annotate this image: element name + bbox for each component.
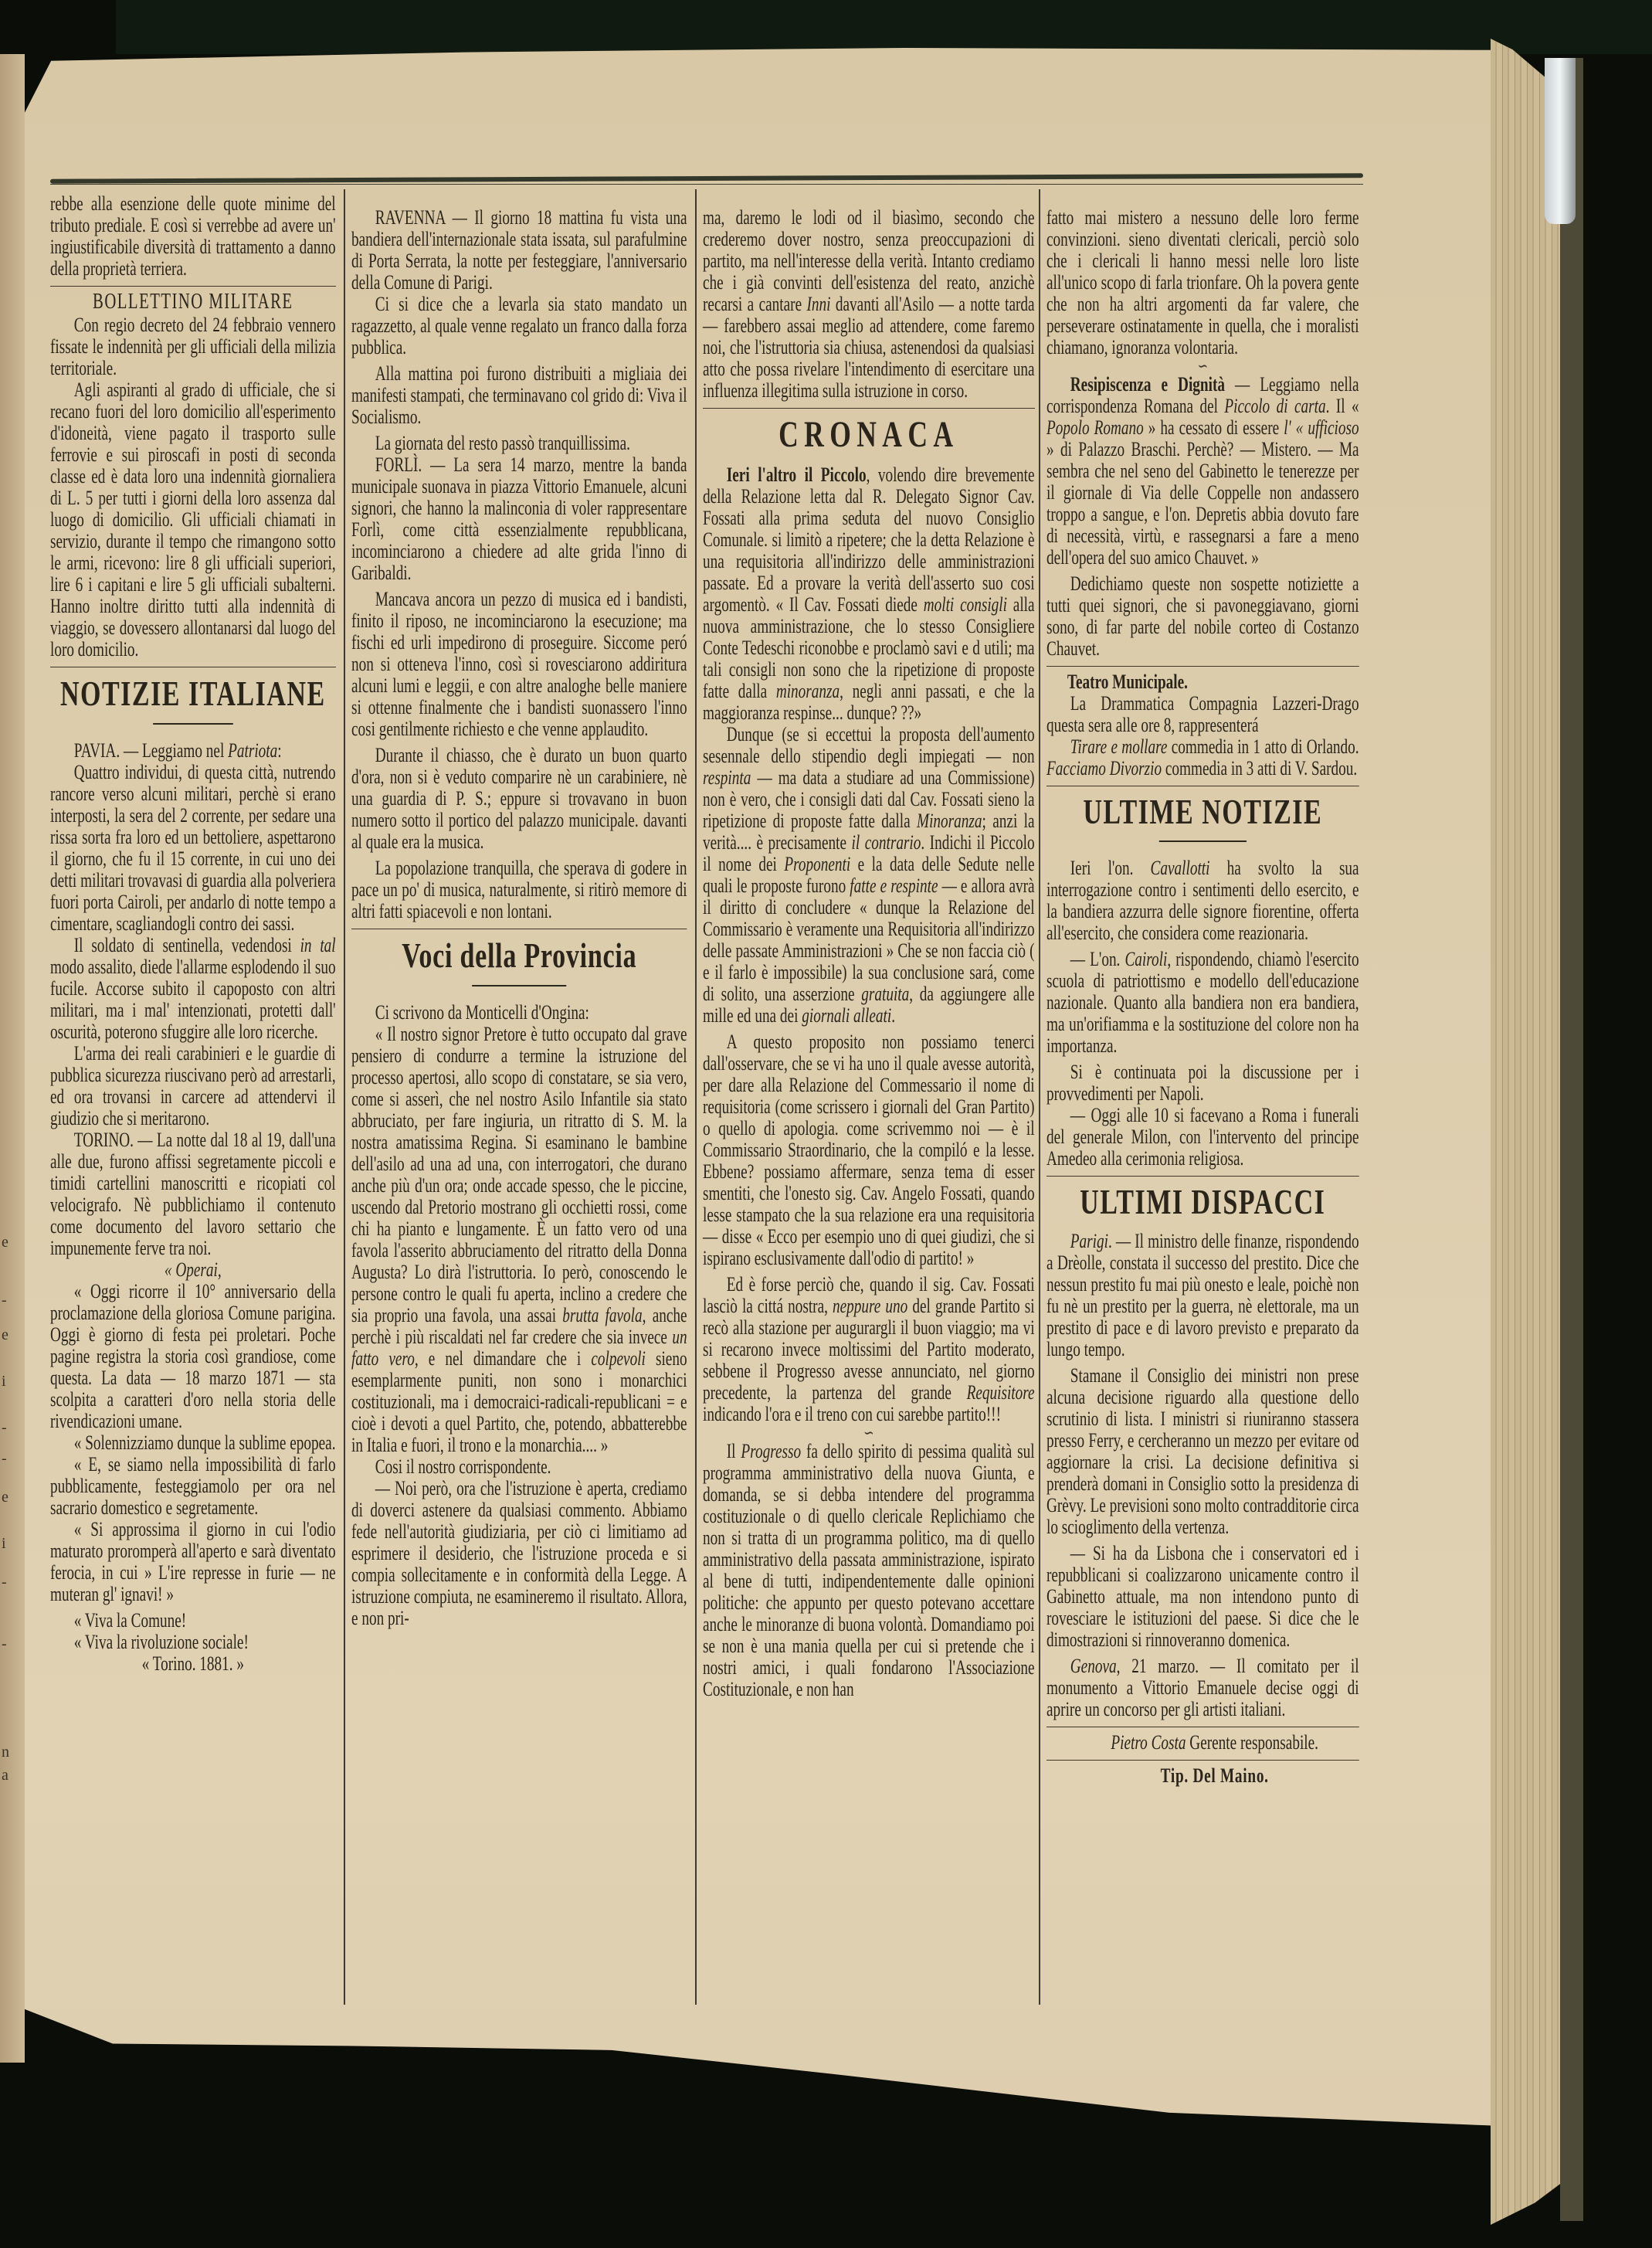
text: Dunque (se si eccettui la proposta dell'…: [703, 723, 1035, 767]
section-heading-ultimi-dispacci: ULTIMI DISPACCI: [1046, 1181, 1359, 1223]
section-heading-ultime-notizie: ULTIME NOTIZIE: [1046, 791, 1359, 833]
emphasis: respinta: [703, 766, 751, 789]
play-title: Tirare e mollare: [1070, 735, 1168, 758]
gerente-name: Pietro Costa: [1111, 1731, 1186, 1754]
paragraph: — Si ha da Lisbona che i conservatori ed…: [1046, 1543, 1359, 1651]
paragraph: La Drammatica Compagnia Lazzeri-Drago qu…: [1046, 693, 1359, 736]
quote-paragraph: « Si approssima il giorno in cui l'odio …: [50, 1519, 336, 1605]
paragraph-forli: FORLÌ. — La sera 14 marzo, mentre la ban…: [351, 454, 687, 584]
paragraph-lead: Resipiscenza e Dignità: [1070, 373, 1225, 396]
paragraph: Ed è forse perciò che, quando il sig. Ca…: [703, 1274, 1035, 1425]
text-fragment: e: [2, 1321, 8, 1350]
paragraph: Il soldato di sentinella, vedendosi in t…: [50, 935, 336, 1043]
section-rule: [1046, 1760, 1359, 1761]
emphasis: in tal: [300, 934, 336, 956]
emphasis: fatte e respinte: [850, 874, 938, 897]
text-fragment: -: [2, 1414, 7, 1442]
text-fragment: -: [2, 1568, 7, 1597]
paragraph: Il Progresso fa dello spirito di pessima…: [703, 1441, 1035, 1700]
emphasis: molti consigli: [924, 593, 1007, 616]
text: commedia in 1 atto di Orlando.: [1167, 735, 1359, 758]
play-title: Facciamo Divorzio: [1046, 757, 1162, 779]
emphasis: l' « ufficioso: [1284, 416, 1359, 439]
paragraph: — Oggi alle 10 si facevano a Roma i fune…: [1046, 1105, 1359, 1170]
text: commedia in 3 atti di V. Sardou.: [1162, 757, 1357, 779]
person-name: Cairoli: [1125, 948, 1167, 970]
emphasis: Requisitore: [967, 1381, 1035, 1404]
metal-page-clip: [1545, 58, 1576, 224]
paragraph-ravenna: RAVENNA — Il giorno 18 mattina fu vista …: [351, 207, 687, 294]
section-rule: [1046, 666, 1359, 667]
emphasis: gratuita: [861, 983, 909, 1005]
article-continuation: fatto mai mistero a nessuno delle loro f…: [1046, 207, 1359, 358]
text-fragment: e: [2, 1228, 8, 1257]
paragraph: Quattro individui, di questa città, nutr…: [50, 762, 336, 935]
text: , e nel dimandare che i: [415, 1347, 592, 1370]
person-name: Cavallotti: [1151, 857, 1210, 879]
column-4: fatto mai mistero a nessuno delle loro f…: [1046, 193, 1359, 1787]
article-continuation: ma, daremo le lodi od il biasìmo, second…: [703, 207, 1035, 402]
paragraph: Durante il chiasso, che è durato un buon…: [351, 745, 687, 853]
paragraph: Mancava ancora un pezzo di musica ed i b…: [351, 589, 687, 740]
text: Il soldato di sentinella, vedendosi: [74, 934, 300, 956]
heading-underline: [1159, 840, 1247, 842]
text: indicando l'ora e il treno con cui sareb…: [703, 1403, 1001, 1425]
paragraph: Parigi. — Il ministro delle finanze, ris…: [1046, 1231, 1359, 1360]
newspaper-name: Patriota: [228, 739, 277, 762]
paragraph: — Noi però, ora che l'istruzione è apert…: [351, 1478, 687, 1629]
emphasis: Popolo Romano: [1046, 416, 1144, 439]
dark-background: [116, 0, 1652, 54]
column-3: ma, daremo le lodi od il biasìmo, second…: [703, 193, 1035, 1700]
emphasis: Minoranza: [917, 810, 982, 832]
column-divider: [695, 189, 697, 2005]
text-fragment: i: [2, 1367, 6, 1396]
section-heading-cronaca: CRONACA: [703, 413, 1035, 457]
section-heading-notizie-italiane: NOTIZIE ITALIANE: [50, 672, 336, 715]
emphasis: Proponenti: [784, 853, 850, 875]
emphasis: minoranza: [776, 680, 840, 702]
section-heading-voci-della-provincia: Voci della Provincia: [351, 934, 687, 977]
paragraph: Ieri l'on. Cavallotti ha svolto la sua i…: [1046, 857, 1359, 944]
text: « Il nostro signor Pretore è tutto occup…: [351, 1023, 687, 1326]
paragraph: L'arma dei reali carabinieri e le guardi…: [50, 1043, 336, 1129]
emphasis: giornali alleati: [802, 1004, 891, 1027]
paragraph: Con regio decreto del 24 febbraio venner…: [50, 314, 336, 379]
paragraph: Agli aspiranti al grado di ufficiale, ch…: [50, 379, 336, 660]
quote-paragraph: « E, se siamo nella impossibilità di far…: [50, 1454, 336, 1519]
section-rule: [351, 929, 687, 929]
text-fragment: e: [2, 1483, 8, 1512]
book-page-stack: [1491, 39, 1564, 2225]
paragraph: Stamane il Consiglio dei ministri non pr…: [1046, 1365, 1359, 1538]
quote-paragraph: « Oggi ricorre il 10° anniversario della…: [50, 1281, 336, 1432]
section-rule: [1046, 786, 1359, 786]
article-continuation: rebbe alla esenzione delle quote minime …: [50, 193, 336, 280]
quote-slogan: « Viva la Comune!: [50, 1610, 336, 1632]
heading-underline: [153, 723, 232, 725]
text: .: [891, 1004, 895, 1027]
section-rule: [1046, 1176, 1359, 1177]
text: Il: [727, 1440, 741, 1462]
quote-salutation: « Operai,: [50, 1259, 336, 1281]
paragraph: La popolazione tranquilla, che sperava d…: [351, 857, 687, 922]
column-2: RAVENNA — Il giorno 18 mattina fu vista …: [351, 193, 687, 1629]
emphasis: il contrario: [852, 831, 921, 854]
paragraph: Dedichiamo queste non sospette notiziett…: [1046, 573, 1359, 660]
paragraph-lead: Ieri l'altro il Piccolo: [727, 464, 867, 486]
header-rule-thin: [50, 184, 1363, 185]
paragraph-resipiscenza: Resipiscenza e Dignità — Leggiamo nella …: [1046, 374, 1359, 569]
column-divider: [1039, 189, 1040, 2005]
column-1: rebbe alla esenzione delle quote minime …: [50, 193, 336, 1675]
quote-signature: « Torino. 1881. »: [50, 1653, 336, 1675]
text: PAVIA. — Leggiamo nel: [74, 739, 228, 762]
gerente-signature: Pietro Costa Gerente responsabile.: [1046, 1732, 1359, 1754]
flourish-separator-icon: ∽: [703, 1425, 1035, 1441]
emphasis: colpevoli: [591, 1347, 646, 1370]
paragraph: A questo proposito non possiamo tenerci …: [703, 1031, 1035, 1269]
quote-slogan: « Viva la rivoluzione sociale!: [50, 1632, 336, 1653]
text: Ieri l'on.: [1070, 857, 1151, 879]
paragraph: La giornata del resto passò tranquilliss…: [351, 433, 687, 454]
text: » ha cessato di essere: [1144, 416, 1284, 439]
text: modo assalito, diede l'allarme esplodend…: [50, 956, 336, 1043]
paragraph: « Il nostro signor Pretore è tutto occup…: [351, 1024, 687, 1456]
book-cover-edge: [1560, 58, 1583, 2221]
emphasis: brutta favola: [562, 1304, 642, 1326]
heading-underline: [472, 985, 566, 986]
printer-imprint: Tip. Del Maino.: [1046, 1765, 1359, 1787]
gerente-role: Gerente responsabile.: [1186, 1731, 1318, 1754]
emphasis: neppure uno: [833, 1295, 907, 1317]
place-name: Parigi: [1070, 1230, 1108, 1252]
paragraph: — L'on. Cairoli, rispondendo, chiamò l'e…: [1046, 949, 1359, 1057]
paragraph: Tirare e mollare commedia in 1 atto di O…: [1046, 736, 1359, 779]
text-fragment: -: [2, 1445, 7, 1473]
paragraph: Dunque (se si eccettui la proposta dell'…: [703, 724, 1035, 1027]
emphasis: Piccolo di carta: [1224, 395, 1325, 417]
text: . Il «: [1326, 395, 1359, 417]
newspaper-name: Progresso: [741, 1440, 801, 1462]
paragraph: Si è continuata poi la discussione per i…: [1046, 1061, 1359, 1105]
paragraph-pavia-lead: PAVIA. — Leggiamo nel Patriota:: [50, 740, 336, 762]
paragraph: Ci si dice che a levarla sia stato manda…: [351, 294, 687, 358]
text-fragment: a: [2, 1761, 8, 1790]
text: :: [277, 739, 281, 762]
section-heading-bollettino: BOLLETTINO MILITARE: [50, 291, 336, 313]
previous-page-text-fragments: e - e i - - e i - - n a: [0, 54, 25, 2063]
paragraph-torino: TORINO. — La notte dal 18 al 19, dall'un…: [50, 1129, 336, 1259]
text: — L'on.: [1070, 948, 1125, 970]
text: fa dello spirito di pessima qualità sul …: [703, 1440, 1035, 1700]
section-rule: [50, 286, 336, 287]
flourish-separator-icon: ∽: [1046, 358, 1359, 374]
text-fragment: i: [2, 1530, 6, 1558]
paragraph: Cosi il nostro corrispondente.: [351, 1456, 687, 1478]
text: » di Palazzo Braschi. Perchè? — Mistero.…: [1046, 438, 1359, 569]
paragraph: Alla mattina poi furono distribuiti a mi…: [351, 363, 687, 428]
section-rule: [1046, 1727, 1359, 1727]
place-name: Genova: [1070, 1655, 1117, 1677]
text-fragment: -: [2, 1630, 7, 1659]
paragraph: Ieri l'altro il Piccolo, volendo dire br…: [703, 464, 1035, 724]
section-heading-teatro: Teatro Municipale.: [1046, 671, 1359, 693]
column-divider: [344, 189, 345, 2005]
emphasis: Inni: [807, 293, 831, 315]
paragraph: Ci scrivono da Monticelli d'Ongina:: [351, 1002, 687, 1024]
section-rule: [50, 667, 336, 667]
section-rule: [703, 408, 1035, 409]
quote-paragraph: « Solennizziamo dunque la sublime epopea…: [50, 1432, 336, 1454]
paragraph: Genova, 21 marzo. — Il comitato per il m…: [1046, 1655, 1359, 1720]
text-fragment: -: [2, 1286, 7, 1315]
